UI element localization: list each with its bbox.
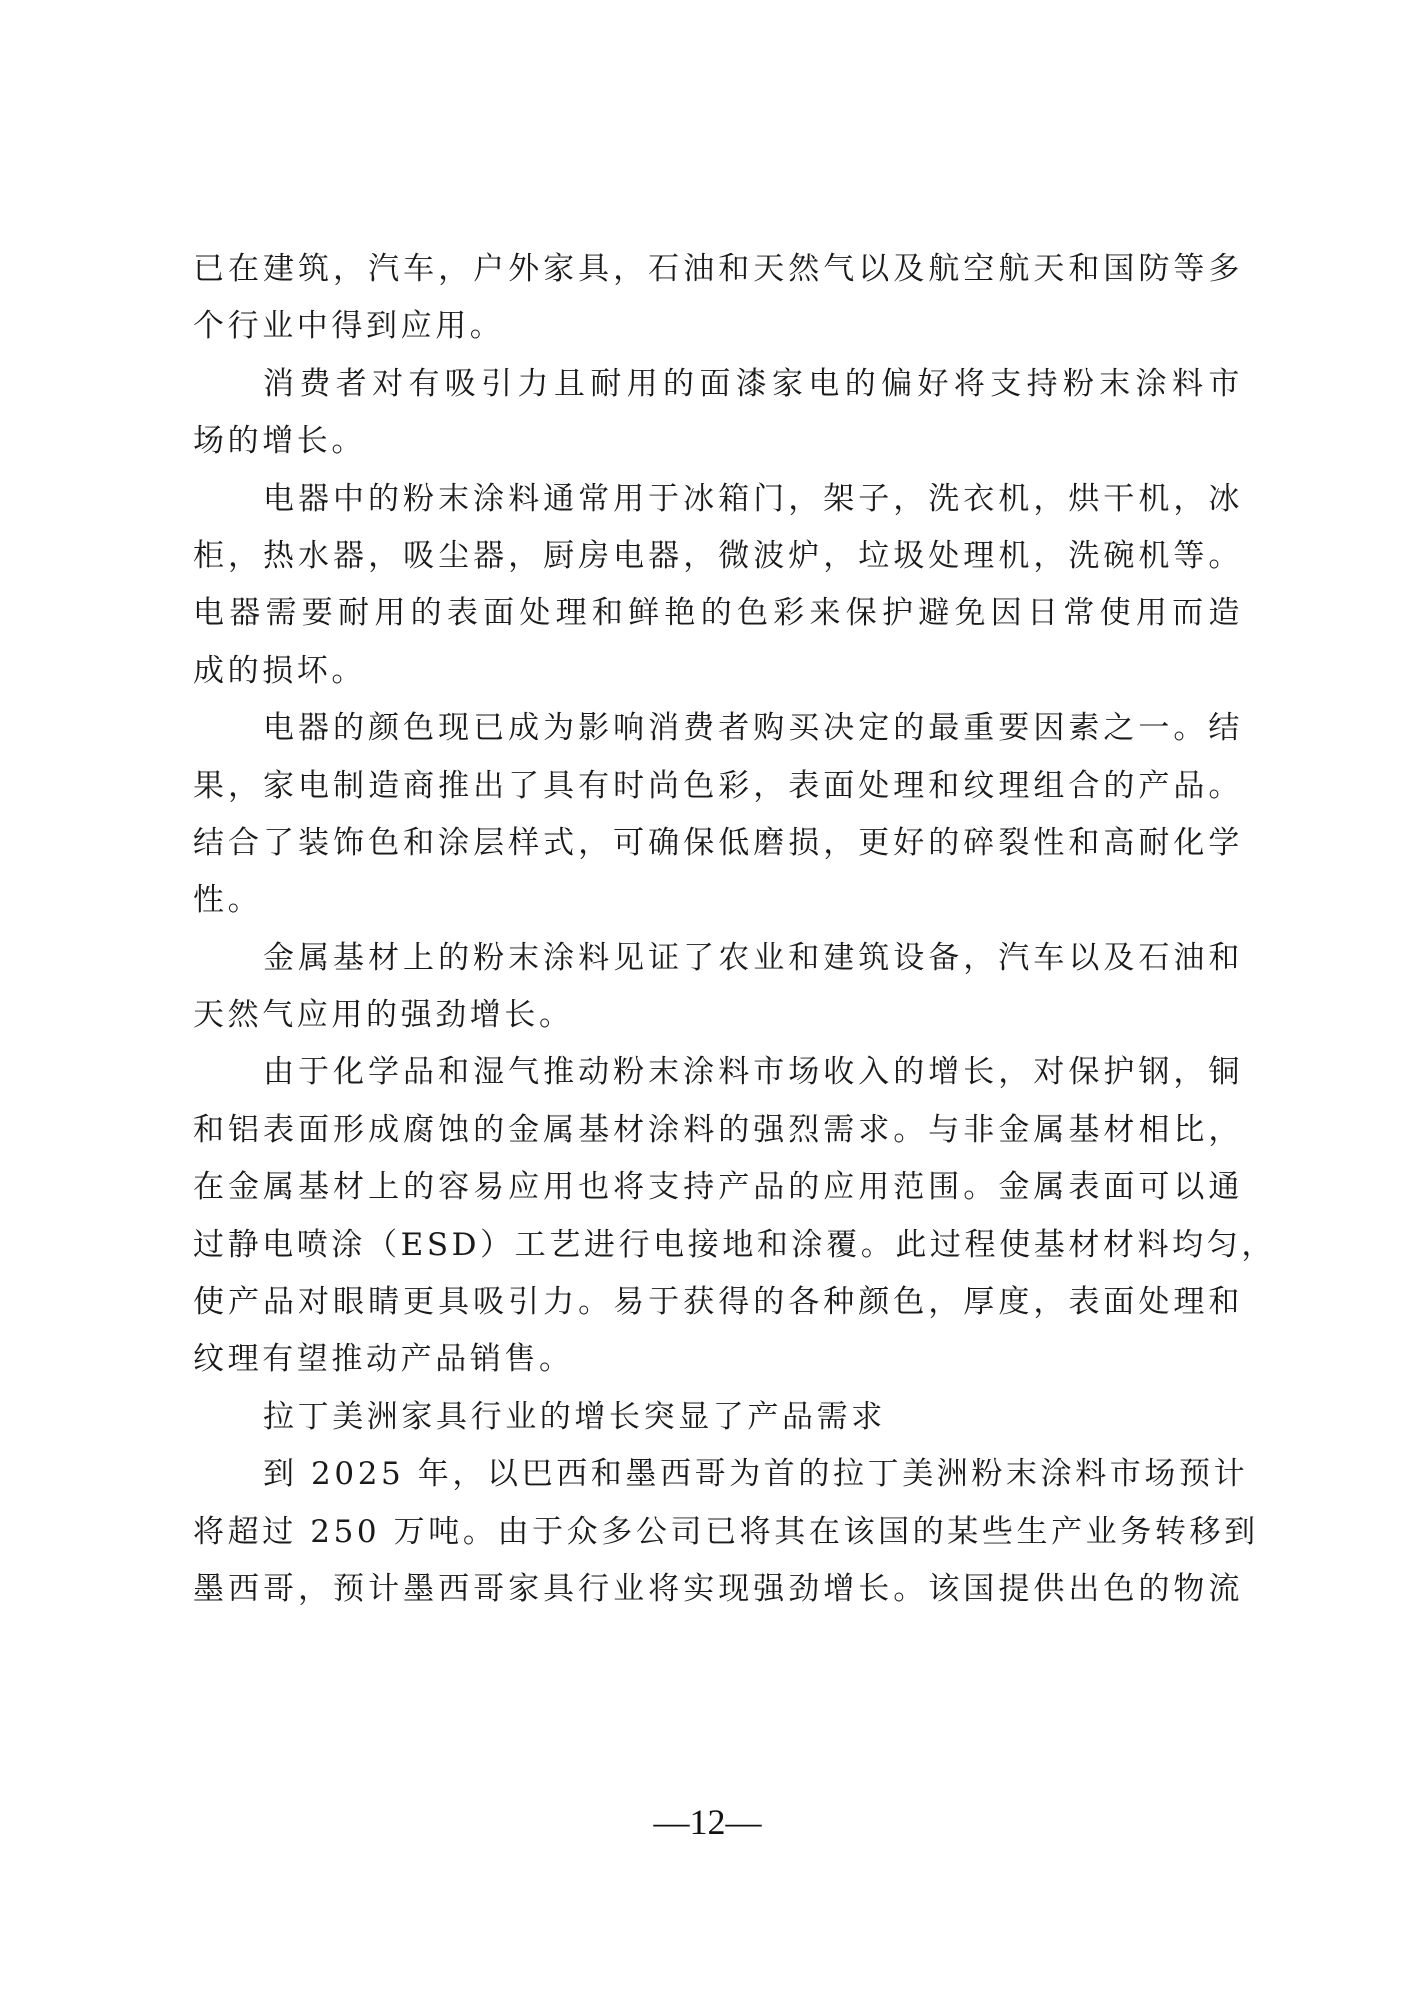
document-page: 已在建筑，汽车，户外家具，石油和天然气以及航空航天和国防等多 个行业中得到应用。… [0,0,1415,2000]
text-line: 天然气应用的强劲增长。 [193,992,1243,1049]
text-line: 场的增长。 [193,418,1243,475]
text-line: 果，家电制造商推出了具有时尚色彩，表面处理和纹理组合的产品。 [193,763,1243,820]
text-line: 个行业中得到应用。 [193,303,1243,360]
text-line: 到 2025 年，以巴西和墨西哥为首的拉丁美洲粉末涂料市场预计 [193,1451,1243,1508]
text-line: 性。 [193,877,1243,934]
text-line: 电器需要耐用的表面处理和鲜艳的色彩来保护避免因日常使用而造 [193,590,1243,647]
text-line: 柜，热水器，吸尘器，厨房电器，微波炉，垃圾处理机，洗碗机等。 [193,533,1243,590]
text-line: 将超过 250 万吨。由于众多公司已将其在该国的某些生产业务转移到 [193,1509,1243,1566]
text-line: 纹理有望推动产品销售。 [193,1336,1243,1393]
text-line: 墨西哥，预计墨西哥家具行业将实现强劲增长。该国提供出色的物流 [193,1566,1243,1623]
text-line: 在金属基材上的容易应用也将支持产品的应用范围。金属表面可以通 [193,1164,1243,1221]
page-number: —12— [0,1800,1415,1844]
text-line: 和铝表面形成腐蚀的金属基材涂料的强烈需求。与非金属基材相比， [193,1107,1243,1164]
text-line: 由于化学品和湿气推动粉末涂料市场收入的增长，对保护钢，铜 [193,1049,1243,1106]
text-line: 过静电喷涂（ESD）工艺进行电接地和涂覆。此过程使基材材料均匀， [193,1222,1243,1279]
text-line: 已在建筑，汽车，户外家具，石油和天然气以及航空航天和国防等多 [193,246,1243,303]
text-line: 电器的颜色现已成为影响消费者购买决定的最重要因素之一。结 [193,705,1243,762]
text-line: 电器中的粉末涂料通常用于冰箱门，架子，洗衣机，烘干机，冰 [193,476,1243,533]
text-line: 消费者对有吸引力且耐用的面漆家电的偏好将支持粉末涂料市 [193,361,1243,418]
text-line: 金属基材上的粉末涂料见证了农业和建筑设备，汽车以及石油和 [193,935,1243,992]
text-line: 结合了装饰色和涂层样式，可确保低磨损，更好的碎裂性和高耐化学 [193,820,1243,877]
text-line: 使产品对眼睛更具吸引力。易于获得的各种颜色，厚度，表面处理和 [193,1279,1243,1336]
text-line: 成的损坏。 [193,648,1243,705]
section-heading: 拉丁美洲家具行业的增长突显了产品需求 [193,1394,1243,1451]
body-text: 已在建筑，汽车，户外家具，石油和天然气以及航空航天和国防等多 个行业中得到应用。… [193,246,1243,1623]
